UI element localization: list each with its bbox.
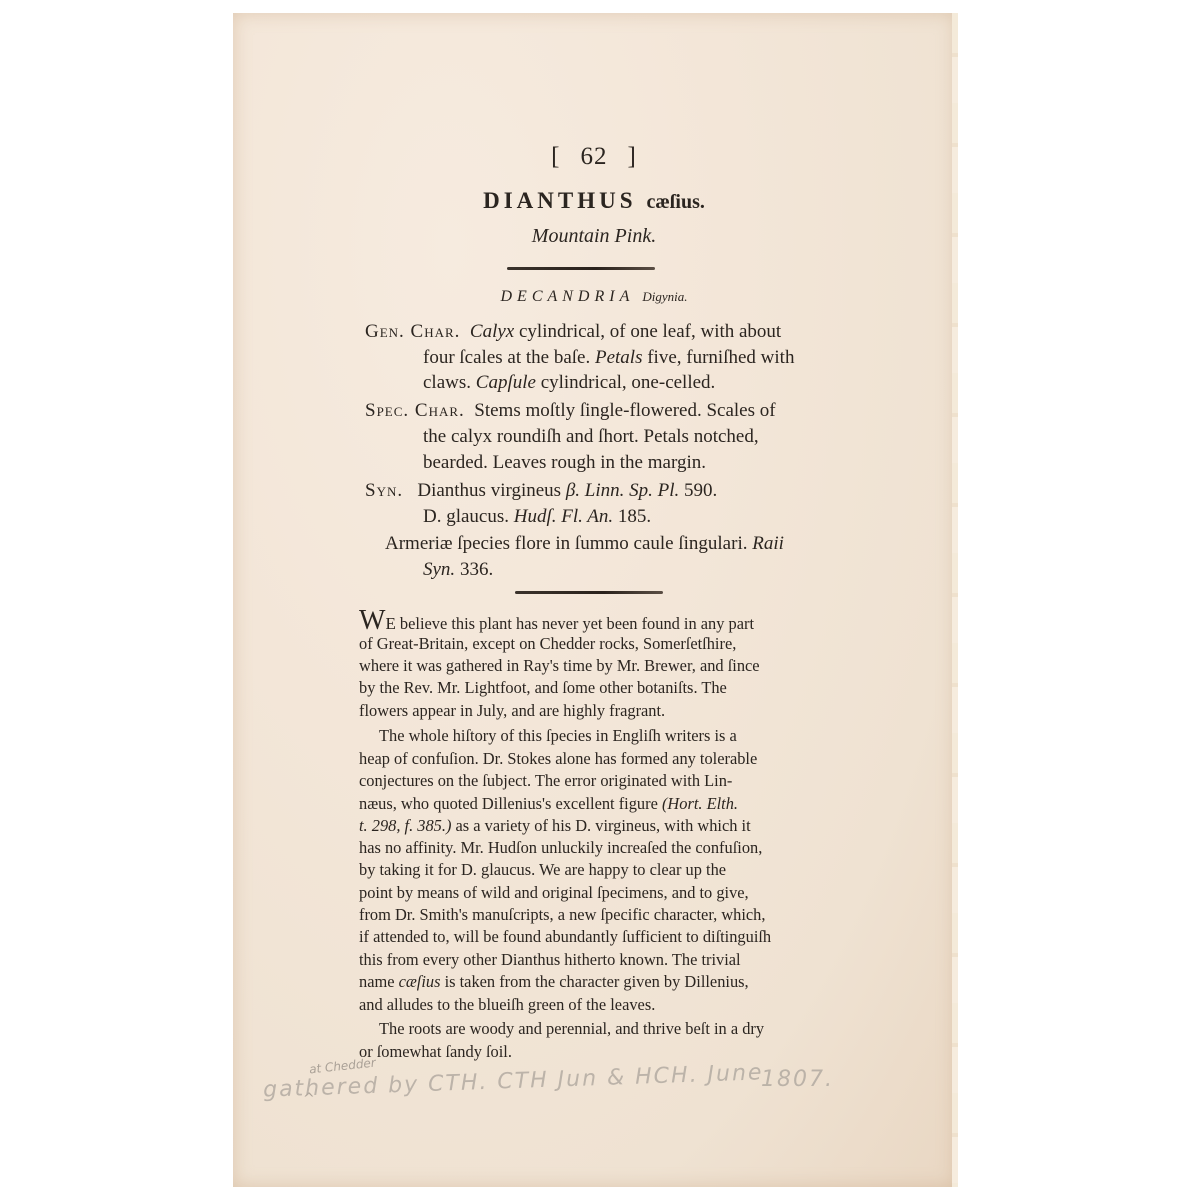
gen-char-label: Gen. Char. <box>365 321 460 342</box>
gen-char-line-3: claws. Capſule cylindrical, one-celled. <box>423 372 715 394</box>
genus-name: DIANTHUS <box>483 188 636 213</box>
species-name: cæſius. <box>647 191 705 213</box>
section-rule <box>515 591 663 594</box>
p1-line-3: where it was gathered in Ray's time by M… <box>359 656 760 676</box>
syn-line-1: Syn. Dianthus virgineus β. Linn. Sp. Pl.… <box>365 480 717 502</box>
p1-line-4: by the Rev. Mr. Lightfoot, and ſome othe… <box>359 678 727 698</box>
gen-char-line-1: Gen. Char. Calyx cylindrical, of one lea… <box>365 321 781 343</box>
bracket-close: ] <box>628 143 637 170</box>
drop-cap: W <box>359 605 385 636</box>
linnaean-classification: DECANDRIADigynia. <box>233 288 955 306</box>
spec-char-line-3: bearded. Leaves rough in the margin. <box>423 452 706 474</box>
p2-line-2: heap of confuſion. Dr. Stokes alone has … <box>359 749 757 769</box>
p1-line-1: WE believe this plant has never yet been… <box>359 605 754 637</box>
p2-line-6: has no affinity. Mr. Hudſon unluckily in… <box>359 838 762 858</box>
gen-char-line-2: four ſcales at the baſe. Petals five, fu… <box>423 347 794 369</box>
p2-line-3: conjectures on the ſubject. The error or… <box>359 771 732 791</box>
p2-line-12: name cæſius is taken from the character … <box>359 972 749 992</box>
syn-line-4: Syn. 336. <box>423 559 493 581</box>
spec-char-line-2: the calyx roundiſh and ſhort. Petals not… <box>423 426 759 448</box>
p2-line-8: point by means of wild and original ſpec… <box>359 883 749 903</box>
p2-line-4: næus, who quoted Dillenius's excellent f… <box>359 794 738 814</box>
p2-line-13: and alludes to the blueiſh green of the … <box>359 995 655 1015</box>
handwritten-year: 1807. <box>761 1067 834 1092</box>
class-name: DECANDRIA <box>500 288 634 305</box>
species-title: DIANTHUScæſius. <box>233 188 955 214</box>
p2-line-7: by taking it for D. glaucus. We are happ… <box>359 860 726 880</box>
syn-line-3: Armeriæ ſpecies flore in ſummo caule ſin… <box>385 533 784 555</box>
p3-line-2: or ſomewhat ſandy ſoil. <box>359 1042 512 1062</box>
book-page: [62] DIANTHUScæſius. Mountain Pink. DECA… <box>233 13 956 1187</box>
common-name: Mountain Pink. <box>233 225 955 248</box>
p1-line-5: flowers appear in July, and are highly f… <box>359 701 665 721</box>
spec-char-label: Spec. Char. <box>365 400 465 421</box>
p2-line-5: t. 298, f. 385.) as a variety of his D. … <box>359 816 751 836</box>
bracket-open: [ <box>551 143 560 170</box>
p2-line-11: this from every other Dianthus hitherto … <box>359 950 741 970</box>
syn-label: Syn. <box>365 480 403 501</box>
p1-line-2: of Great-Britain, except on Chedder rock… <box>359 634 736 654</box>
order-name: Digynia. <box>642 289 687 304</box>
page-number: [62] <box>233 143 955 171</box>
title-rule <box>507 267 655 270</box>
p3-line-1: The roots are woody and perennial, and t… <box>379 1019 764 1039</box>
p2-line-10: if attended to, will be found abundantly… <box>359 927 771 947</box>
syn-line-2: D. glaucus. Hudſ. Fl. An. 185. <box>423 506 651 528</box>
p2-line-9: from Dr. Smith's manuſcripts, a new ſpec… <box>359 905 765 925</box>
spec-char-line-1: Spec. Char. Stems moſtly ſingle-flowered… <box>365 400 776 422</box>
p2-line-1: The whole hiſtory of this ſpecies in Eng… <box>379 726 737 746</box>
page-number-value: 62 <box>581 143 608 170</box>
